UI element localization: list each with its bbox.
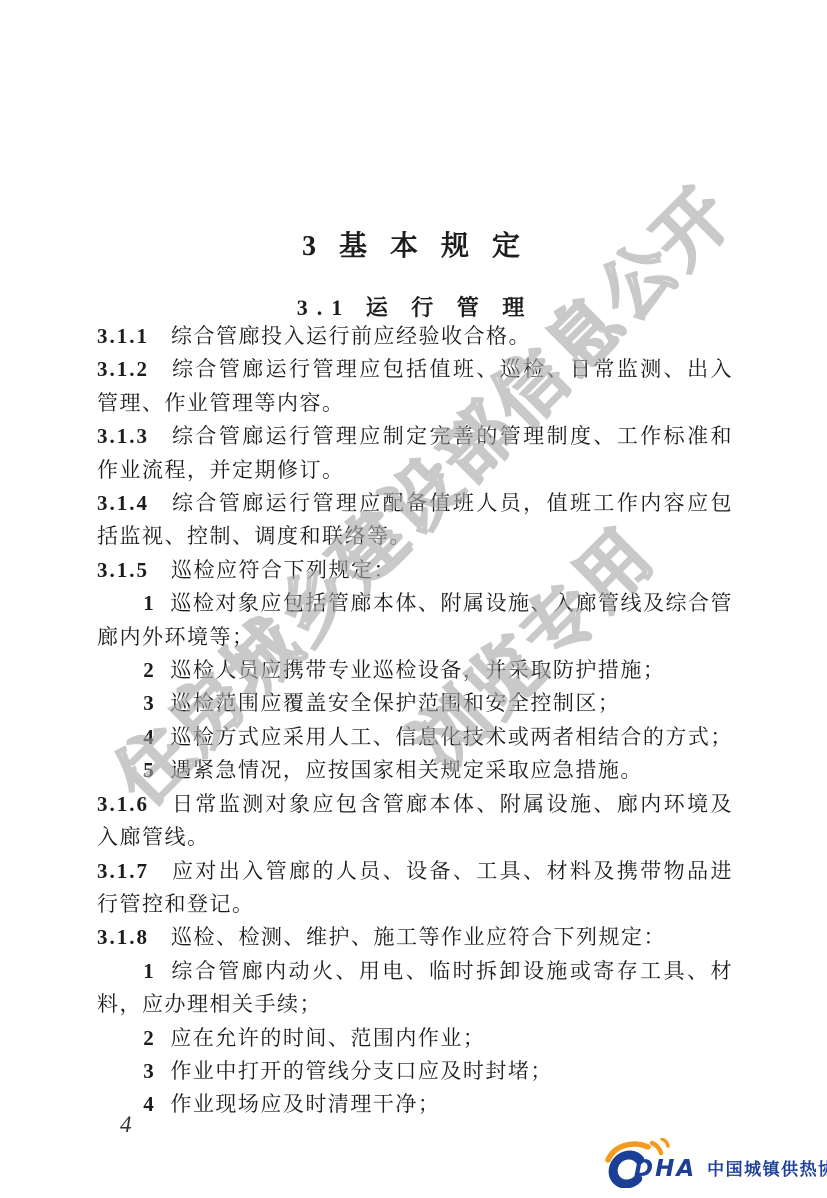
clause-text: 日常监测对象应包含管廊本体、附属设施、廊内环境及入廊管线。 <box>97 792 733 849</box>
clause-paragraph: 5遇紧急情况，应按国家相关规定采取应急措施。 <box>97 754 733 787</box>
clause-paragraph: 3.1.1综合管廊投入运行前应经验收合格。 <box>97 320 733 353</box>
clause-number: 3.1.6 <box>97 792 149 816</box>
page-number: 4 <box>120 1112 132 1138</box>
clause-number: 3.1.5 <box>97 558 149 582</box>
clause-paragraph: 4作业现场应及时清理干净； <box>97 1088 733 1121</box>
clause-text: 应在允许的时间、范围内作业； <box>170 1026 485 1050</box>
clause-text: 巡检方式应采用人工、信息化技术或两者相结合的方式； <box>170 725 733 749</box>
clause-number: 3.1.8 <box>97 925 149 949</box>
clause-number: 5 <box>143 758 156 782</box>
clause-text: 巡检范围应覆盖安全保护范围和安全控制区； <box>170 691 620 715</box>
clause-number: 2 <box>143 658 156 682</box>
clause-number: 3.1.2 <box>97 357 149 381</box>
clause-text: 综合管廊运行管理应制定完善的管理制度、工作标准和作业流程，并定期修订。 <box>97 424 733 481</box>
clause-number: 4 <box>143 1092 156 1116</box>
clause-number: 3 <box>143 1059 156 1083</box>
clause-paragraph: 3.1.5巡检应符合下列规定： <box>97 554 733 587</box>
clause-text: 综合管廊运行管理应包括值班、巡检、日常监测、出入管理、作业管理等内容。 <box>97 357 733 414</box>
clause-number: 2 <box>143 1026 156 1050</box>
clause-paragraph: 2巡检人员应携带专业巡检设备，并采取防护措施； <box>97 654 733 687</box>
clause-text: 遇紧急情况，应按国家相关规定采取应急措施。 <box>170 758 643 782</box>
clause-number: 3 <box>143 691 156 715</box>
clause-paragraph: 3.1.8巡检、检测、维护、施工等作业应符合下列规定： <box>97 921 733 954</box>
clause-list: 3.1.1综合管廊投入运行前应经验收合格。 3.1.2综合管廊运行管理应包括值班… <box>97 320 733 1122</box>
logo-orange-tick-icon <box>662 1139 668 1146</box>
clause-paragraph: 1巡检对象应包括管廊本体、附属设施、入廊管线及综合管廊内外环境等； <box>97 587 733 654</box>
clause-paragraph: 3.1.2综合管廊运行管理应包括值班、巡检、日常监测、出入管理、作业管理等内容。 <box>97 353 733 420</box>
clause-number: 3.1.4 <box>97 491 149 515</box>
section-title: 3.1 运 行 管 理 <box>97 291 733 322</box>
clause-text: 巡检对象应包括管廊本体、附属设施、入廊管线及综合管廊内外环境等； <box>97 591 733 648</box>
clause-paragraph: 3.1.4综合管廊运行管理应配备值班人员，值班工作内容应包括监视、控制、调度和联… <box>97 487 733 554</box>
clause-text: 综合管廊内动火、用电、临时拆卸设施或寄存工具、材料，应办理相关手续； <box>97 959 733 1016</box>
clause-paragraph: 4巡检方式应采用人工、信息化技术或两者相结合的方式； <box>97 721 733 754</box>
logo-acronym: DHA <box>634 1158 696 1181</box>
clause-text: 作业中打开的管线分支口应及时封堵； <box>170 1059 553 1083</box>
clause-paragraph: 3作业中打开的管线分支口应及时封堵； <box>97 1055 733 1088</box>
clause-number: 4 <box>143 725 156 749</box>
clause-paragraph: 3.1.3综合管廊运行管理应制定完善的管理制度、工作标准和作业流程，并定期修订。 <box>97 420 733 487</box>
clause-number: 3.1.1 <box>97 324 149 348</box>
clause-number: 3.1.7 <box>97 859 149 883</box>
clause-text: 作业现场应及时清理干净； <box>170 1092 440 1116</box>
clause-number: 1 <box>143 959 156 983</box>
clause-text: 综合管廊投入运行前应经验收合格。 <box>171 324 531 348</box>
clause-paragraph: 1综合管廊内动火、用电、临时拆卸设施或寄存工具、材料，应办理相关手续； <box>97 955 733 1022</box>
logo-orange-arc-icon <box>652 1143 661 1153</box>
clause-text: 巡检应符合下列规定： <box>171 558 396 582</box>
clause-text: 应对出入管廊的人员、设备、工具、材料及携带物品进行管控和登记。 <box>97 859 733 916</box>
clause-text: 综合管廊运行管理应配备值班人员，值班工作内容应包括监视、控制、调度和联络等。 <box>97 491 733 548</box>
clause-text: 巡检人员应携带专业巡检设备，并采取防护措施； <box>170 658 665 682</box>
organization-name: 中国城镇供热协会 <box>707 1162 827 1179</box>
clause-paragraph: 2应在允许的时间、范围内作业； <box>97 1022 733 1055</box>
clause-paragraph: 3.1.7应对出入管廊的人员、设备、工具、材料及携带物品进行管控和登记。 <box>97 855 733 922</box>
clause-text: 巡检、检测、维护、施工等作业应符合下列规定： <box>171 925 666 949</box>
clause-number: 1 <box>143 591 156 615</box>
footer-logo: DHA 中国城镇供热协会 <box>598 1136 827 1188</box>
document-page: 3 基 本 规 定 3.1 运 行 管 理 3.1.1综合管廊投入运行前应经验收… <box>0 0 827 1198</box>
clause-paragraph: 3巡检范围应覆盖安全保护范围和安全控制区； <box>97 687 733 720</box>
chapter-title: 3 基 本 规 定 <box>97 224 733 264</box>
clause-number: 3.1.3 <box>97 424 149 448</box>
clause-paragraph: 3.1.6日常监测对象应包含管廊本体、附属设施、廊内环境及入廊管线。 <box>97 788 733 855</box>
